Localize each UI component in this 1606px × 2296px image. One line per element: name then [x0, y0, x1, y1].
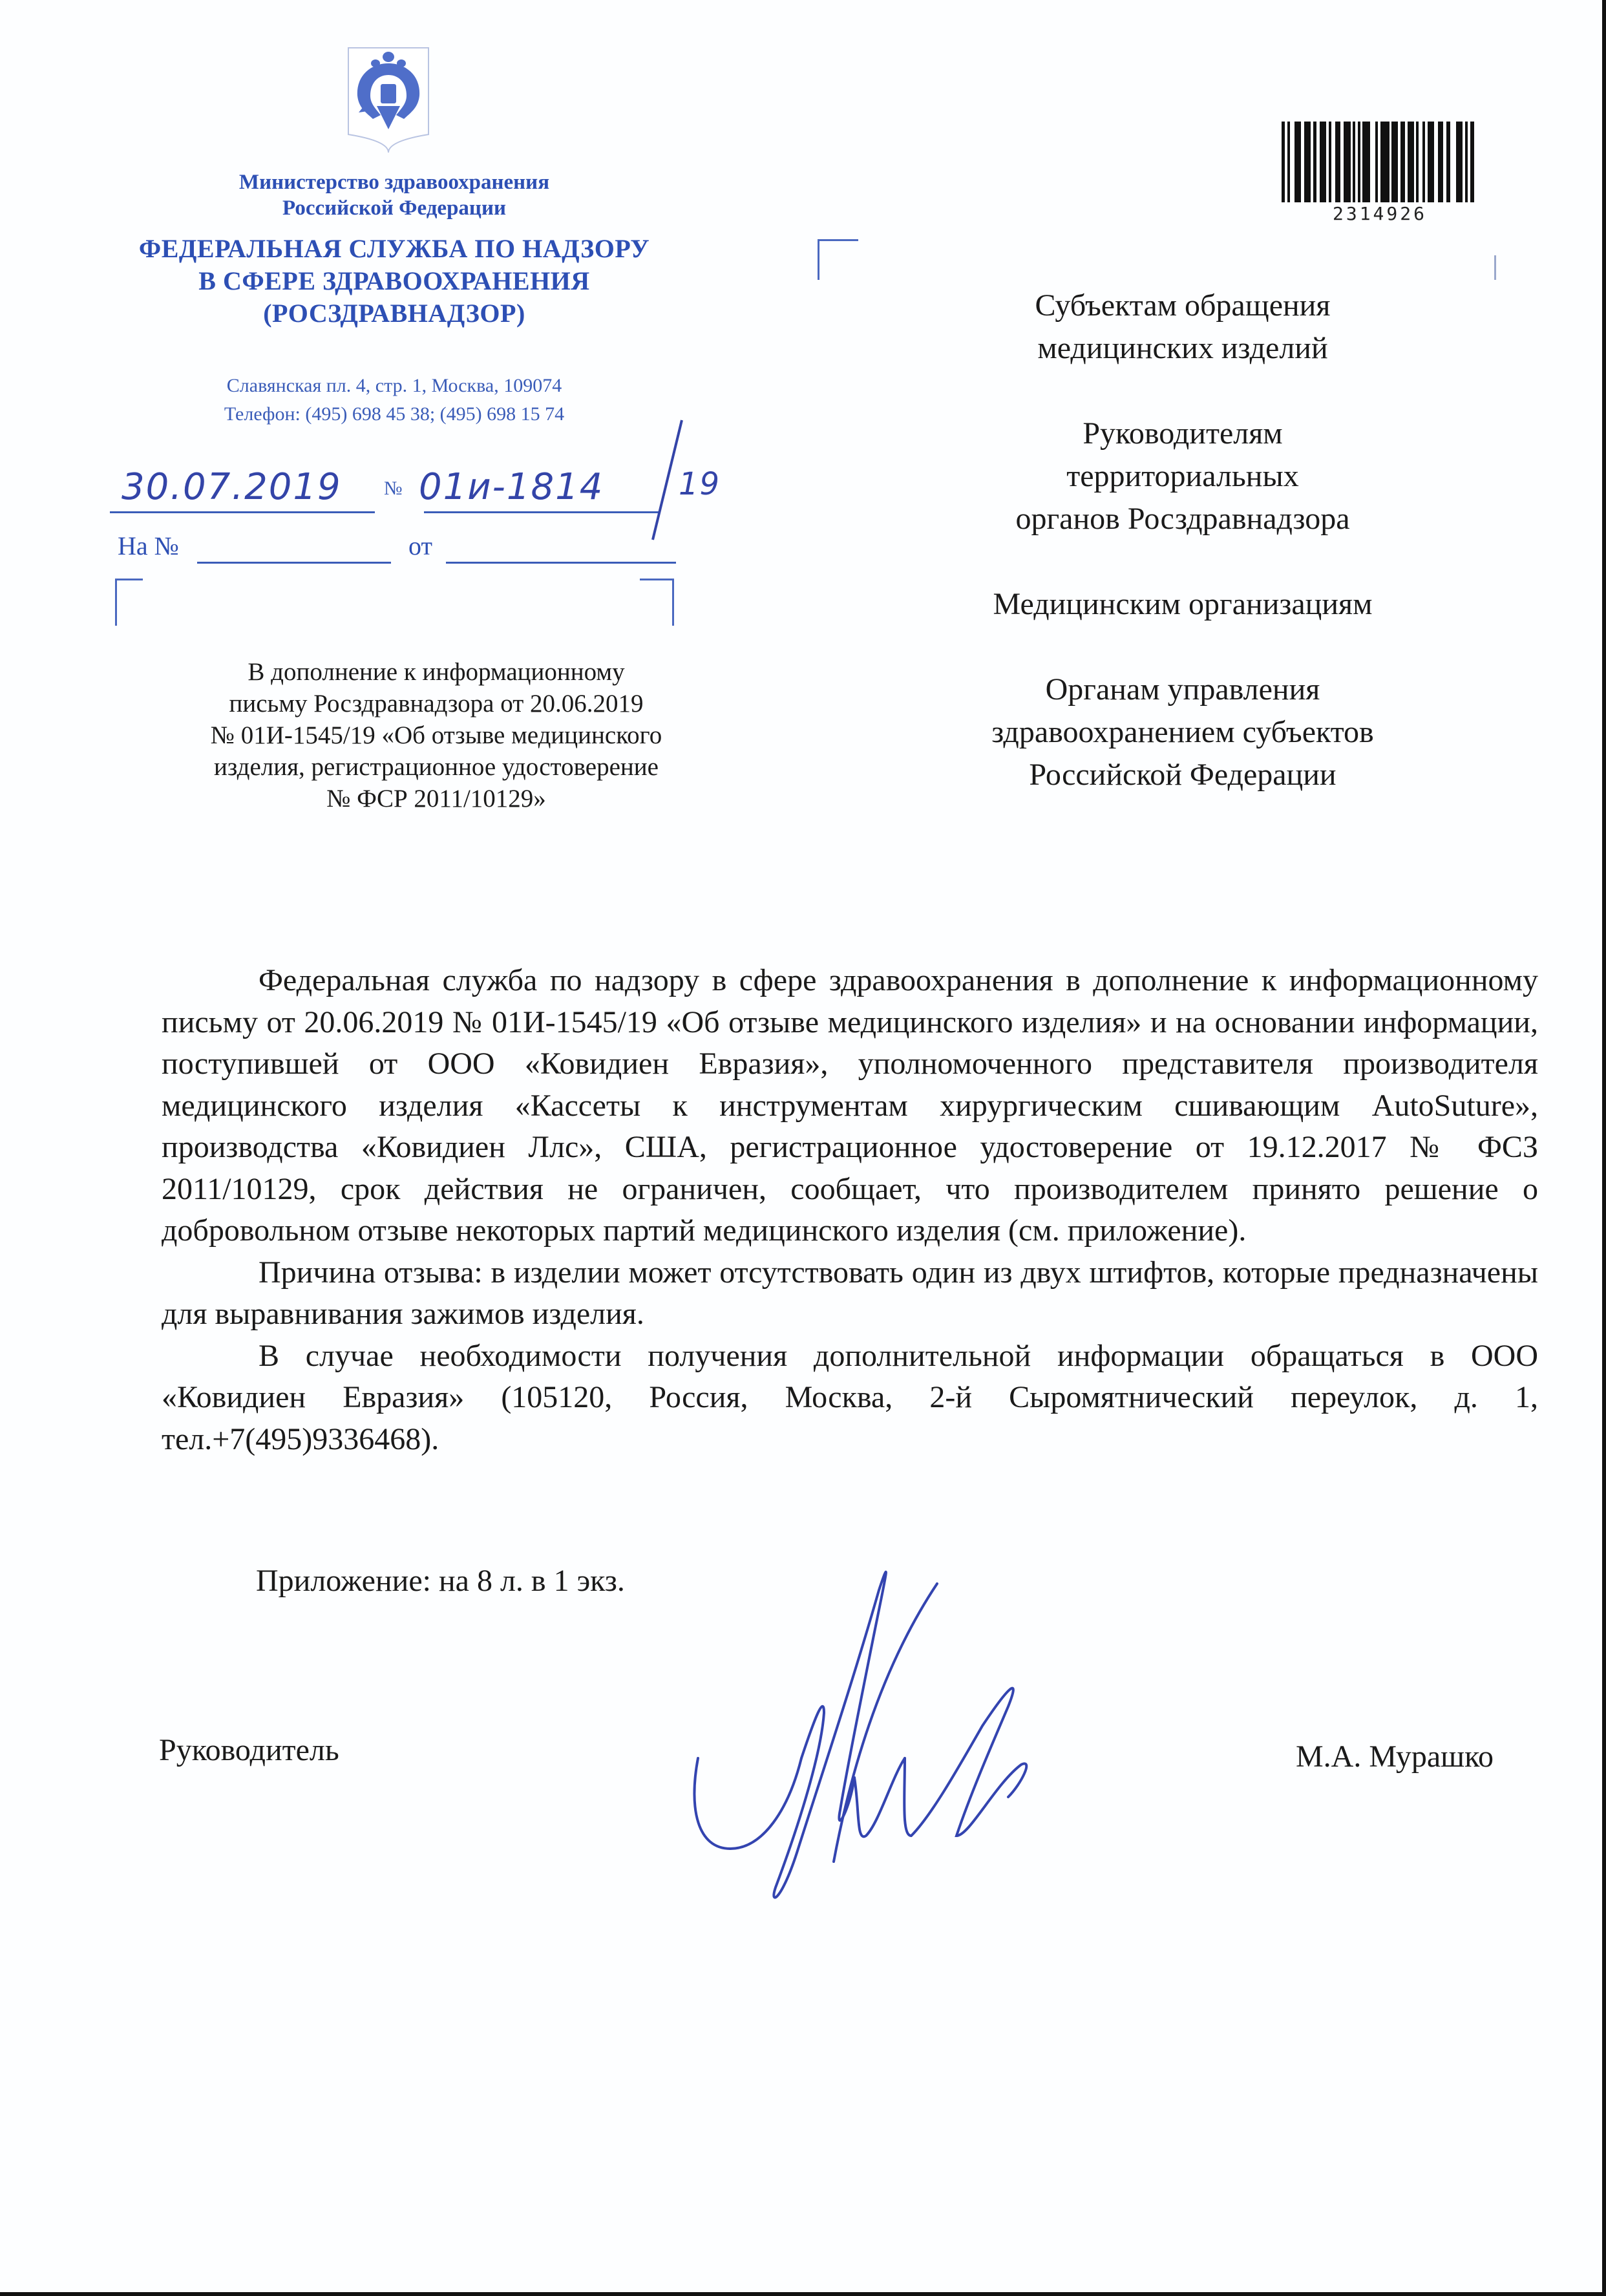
- attachment-note: Приложение: на 8 л. в 1 экз.: [256, 1563, 625, 1599]
- recipient-line: Субъектам обращения: [931, 284, 1435, 327]
- agency-line-1: ФЕДЕРАЛЬНАЯ СЛУЖБА ПО НАДЗОРУ: [97, 233, 692, 265]
- registration-suffix: 19: [679, 466, 721, 502]
- registration-date: 30.07.2019: [122, 466, 342, 508]
- body-paragraph-3: В случае необходимости получения дополни…: [162, 1335, 1538, 1461]
- reference-line: На № от: [110, 527, 692, 566]
- ref-date-field[interactable]: [446, 562, 676, 564]
- recipient-line: органов Росздравнадзора: [931, 498, 1435, 540]
- subject-line-4: изделия, регистрационное удостоверение: [168, 751, 704, 783]
- recipient-line: Российской Федерации: [931, 754, 1435, 796]
- barcode-number: 2314926: [1286, 203, 1474, 224]
- recipient-line: здравоохранением субъектов: [931, 711, 1435, 754]
- agency-line-2: В СФЕРЕ ЗДРАВООХРАНЕНИЯ: [97, 265, 692, 297]
- russian-coat-of-arms-icon: [344, 44, 432, 154]
- recipient-item: Медицинским организациям: [931, 583, 1435, 626]
- ministry-name: Министерство здравоохранения Российской …: [97, 169, 692, 221]
- subject-line-2: письму Росздравнадзора от 20.06.2019: [168, 688, 704, 719]
- body-paragraph-2: Причина отзыва: в изделии может отсутств…: [162, 1252, 1538, 1335]
- registration-line: 30.07.2019 № 01и-1814 19: [110, 456, 756, 514]
- recipient-item: Субъектам обращения медицинских изделий: [931, 284, 1435, 370]
- body-paragraph-1: Федеральная служба по надзору в сфере зд…: [162, 960, 1538, 1252]
- ministry-line-2: Российской Федерации: [97, 195, 692, 221]
- scan-edge-right: [1602, 0, 1606, 2296]
- number-underline: [424, 511, 660, 513]
- ref-date-label: от: [408, 531, 432, 561]
- subject-corner-right: [640, 579, 674, 626]
- registration-number: 01и-1814: [419, 466, 604, 508]
- ref-number-label: На №: [118, 531, 179, 561]
- recipients-list: Субъектам обращения медицинских изделий …: [931, 284, 1435, 796]
- ministry-line-1: Министерство здравоохранения: [97, 169, 692, 195]
- date-underline: [110, 511, 375, 513]
- signer-name: М.А. Мурашко: [1296, 1739, 1494, 1774]
- subject-line-5: № ФСР 2011/10129»: [168, 783, 704, 814]
- subject-corner-left: [115, 579, 143, 626]
- recipient-line: территориальных: [931, 455, 1435, 498]
- subject-line-3: № 01И-1545/19 «Об отзыве медицинского: [168, 719, 704, 751]
- addressee-corner-left: [818, 239, 858, 280]
- recipient-line: Медицинским организациям: [931, 583, 1435, 626]
- letter-subject: В дополнение к информационному письму Ро…: [168, 656, 704, 814]
- signer-title: Руководитель: [159, 1732, 339, 1768]
- letter-body: Федеральная служба по надзору в сфере зд…: [162, 960, 1538, 1460]
- barcode-icon: [1282, 122, 1475, 202]
- recipient-line: Руководителям: [931, 412, 1435, 455]
- address-line: Славянская пл. 4, стр. 1, Москва, 109074: [97, 372, 692, 400]
- recipient-line: медицинских изделий: [931, 327, 1435, 370]
- agency-name: ФЕДЕРАЛЬНАЯ СЛУЖБА ПО НАДЗОРУ В СФЕРЕ ЗД…: [97, 233, 692, 330]
- recipient-item: Органам управления здравоохранением субъ…: [931, 668, 1435, 796]
- recipient-item: Руководителям территориальных органов Ро…: [931, 412, 1435, 540]
- subject-line-1: В дополнение к информационному: [168, 656, 704, 688]
- recipient-line: Органам управления: [931, 668, 1435, 711]
- agency-line-3: (РОСЗДРАВНАДЗОР): [97, 297, 692, 330]
- handwritten-signature-icon: [685, 1564, 1150, 1926]
- number-sign: №: [384, 478, 403, 500]
- ref-number-field[interactable]: [197, 562, 391, 564]
- scan-edge-bottom: [0, 2292, 1606, 2296]
- addressee-corner-right: [1494, 255, 1496, 280]
- agency-address: Славянская пл. 4, стр. 1, Москва, 109074…: [97, 372, 692, 429]
- letter-page: Министерство здравоохранения Российской …: [0, 0, 1606, 2296]
- phone-line: Телефон: (495) 698 45 38; (495) 698 15 7…: [97, 400, 692, 429]
